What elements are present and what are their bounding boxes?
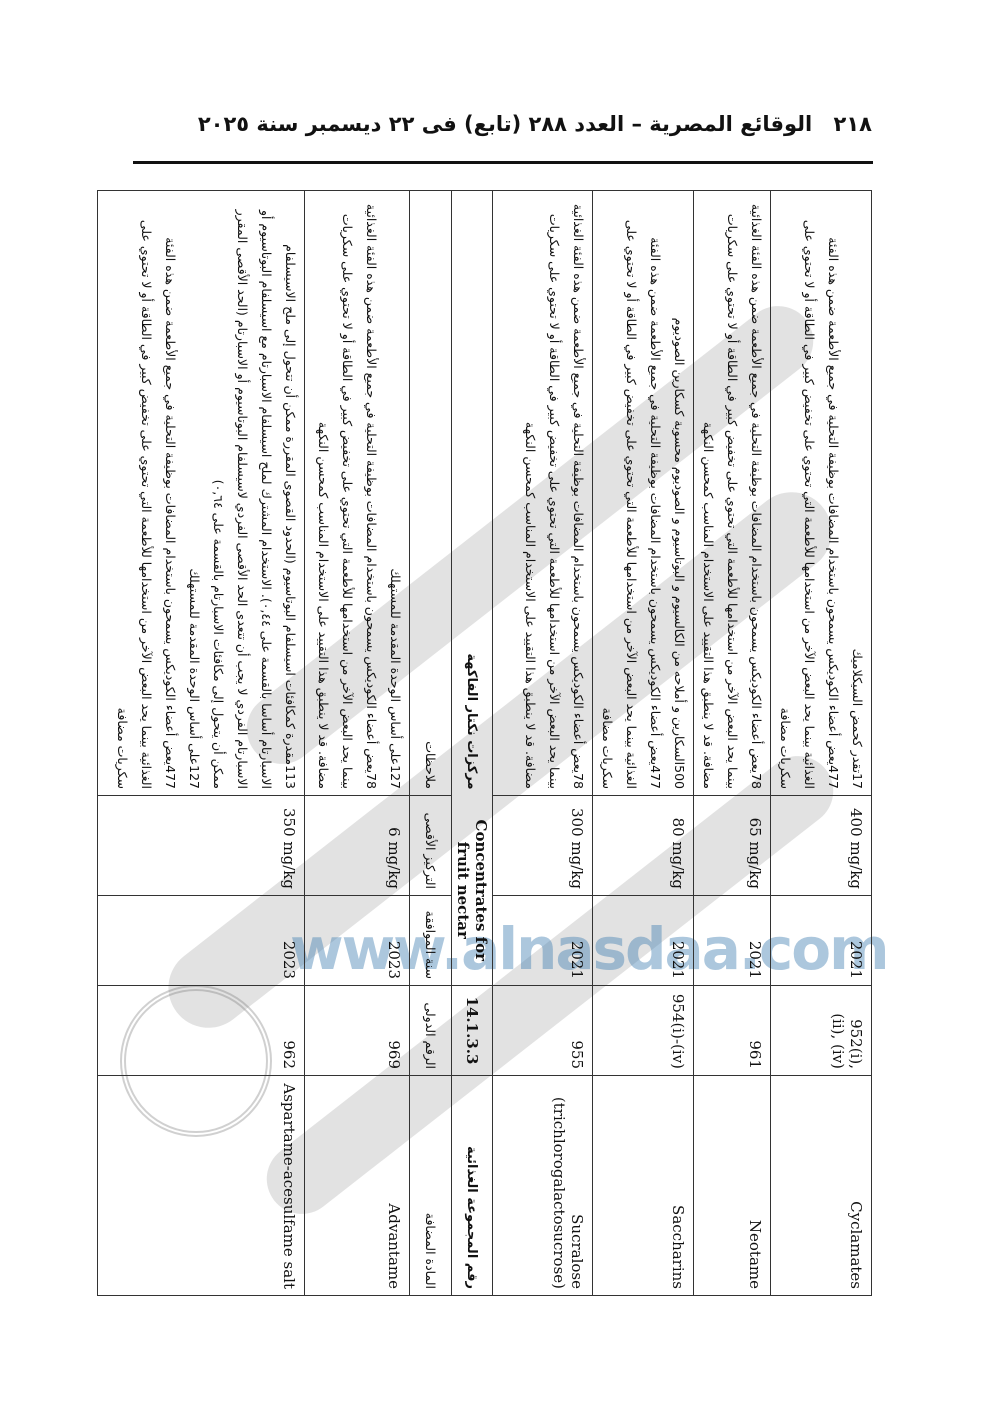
page-header: ٢١٨ الوقائع المصرية – العدد ٢٨٨ (تابع) ف… — [130, 112, 872, 136]
ins-cell: 955 — [493, 986, 593, 1076]
notes-cell: 127على أساس الوحدة المقدمة للمستهلك78يعض… — [305, 191, 410, 796]
gazette-title: الوقائع المصرية – العدد ٢٨٨ (تابع) فى ٢٢… — [198, 112, 812, 136]
rotated-table-wrapper: 17تقدر كحمض السيكلاميك477يعض أعضاء الكود… — [133, 190, 872, 1295]
note-line: 17تقدر كحمض السيكلاميك — [845, 197, 869, 789]
header-rule — [133, 161, 873, 164]
notes-cell: 78يعض أعضاء الكوديكس يسمحون باستخدام الم… — [694, 191, 771, 796]
additive-cell: Aspartame-acesulfame salt — [98, 1076, 305, 1296]
notes-cell: 17تقدر كحمض السيكلاميك477يعض أعضاء الكود… — [771, 191, 872, 796]
note-line: 113مقدرة كمكافئات اسيسلفام البوتاسيوم (ا… — [206, 197, 302, 789]
table-row: 113مقدرة كمكافئات اسيسلفام البوتاسيوم (ا… — [98, 191, 305, 1296]
note-line: 500السكارين و أملاحه من الكالسيوم و البو… — [667, 197, 691, 789]
notes-cell: 113مقدرة كمكافئات اسيسلفام البوتاسيوم (ا… — [98, 191, 305, 796]
notes-cell: 78يعض أعضاء الكوديكس يسمحون باستخدام الم… — [493, 191, 593, 796]
sweeteners-table: 17تقدر كحمض السيكلاميك477يعض أعضاء الكود… — [97, 190, 872, 1296]
year-cell: 2021 — [694, 896, 771, 986]
ins-cell: 952(i), (ii), (iv) — [771, 986, 872, 1076]
note-line: 477يعض أعضاء الكوديكس يسمحون باستخدام ال… — [773, 197, 845, 789]
table-row: 500السكارين و أملاحه من الكالسيوم و البو… — [593, 191, 694, 1296]
column-header-row: ملاحظات التركيز الأقصى سنة الموافقة الرق… — [410, 191, 452, 1296]
note-line: 477يعض أعضاء الكوديكس يسمحون باستخدام ال… — [595, 197, 667, 789]
table-row: 127على أساس الوحدة المقدمة للمستهلك78يعض… — [305, 191, 410, 1296]
ins-cell: 954(i)-(iv) — [593, 986, 694, 1076]
additive-cell: Sucralose (trichlorogalactosucrose) — [493, 1076, 593, 1296]
note-line: 477يعض أعضاء الكوديكس يسمحون باستخدام ال… — [110, 197, 182, 789]
food-group-name-ar: مركزات نكتار الفاكهة — [452, 191, 493, 796]
food-group-code: 14.1.3.3 — [452, 986, 493, 1076]
col-notes: ملاحظات — [410, 191, 452, 796]
year-cell: 2021 — [493, 896, 593, 986]
year-cell: 2023 — [305, 896, 410, 986]
max-level-cell: 300 mg/kg — [493, 796, 593, 896]
max-level-cell: 400 mg/kg — [771, 796, 872, 896]
table-row: 78يعض أعضاء الكوديكس يسمحون باستخدام الم… — [493, 191, 593, 1296]
max-level-cell: 65 mg/kg — [694, 796, 771, 896]
note-line: 78يعض أعضاء الكوديكس يسمحون باستخدام الم… — [518, 197, 590, 789]
note-line: 127على أساس الوحدة المقدمة للمستهلك — [383, 197, 407, 789]
max-level-cell: 80 mg/kg — [593, 796, 694, 896]
table-row: 78يعض أعضاء الكوديكس يسمحون باستخدام الم… — [694, 191, 771, 1296]
col-year: سنة الموافقة — [410, 896, 452, 986]
note-line: 127على أساس الوحدة المقدمة للمستهلك — [182, 197, 206, 789]
ins-cell: 961 — [694, 986, 771, 1076]
additive-cell: Cyclamates — [771, 1076, 872, 1296]
page-number: ٢١٨ — [834, 112, 872, 136]
food-group-name-en: Concentrates for fruit nectar — [452, 796, 493, 986]
max-level-cell: 350 mg/kg — [98, 796, 305, 896]
col-additive: المادة المضافة — [410, 1076, 452, 1296]
max-level-cell: 6 mg/kg — [305, 796, 410, 896]
note-line: 78يعض أعضاء الكوديكس يسمحون باستخدام الم… — [311, 197, 383, 789]
col-max-level: التركيز الأقصى — [410, 796, 452, 896]
year-cell: 2021 — [771, 896, 872, 986]
additive-cell: Saccharins — [593, 1076, 694, 1296]
year-cell: 2021 — [593, 896, 694, 986]
note-line: 78يعض أعضاء الكوديكس يسمحون باستخدام الم… — [696, 197, 768, 789]
col-ins: الرقم الدولى — [410, 986, 452, 1076]
food-group-label: رقم المجموعة الغذائية — [452, 1076, 493, 1296]
year-cell: 2023 — [98, 896, 305, 986]
notes-cell: 500السكارين و أملاحه من الكالسيوم و البو… — [593, 191, 694, 796]
ins-cell: 969 — [305, 986, 410, 1076]
ins-cell: 962 — [98, 986, 305, 1076]
food-group-row: مركزات نكتار الفاكهة Concentrates for fr… — [452, 191, 493, 1296]
additive-cell: Neotame — [694, 1076, 771, 1296]
additive-cell: Advantame — [305, 1076, 410, 1296]
table-row: 17تقدر كحمض السيكلاميك477يعض أعضاء الكود… — [771, 191, 872, 1296]
